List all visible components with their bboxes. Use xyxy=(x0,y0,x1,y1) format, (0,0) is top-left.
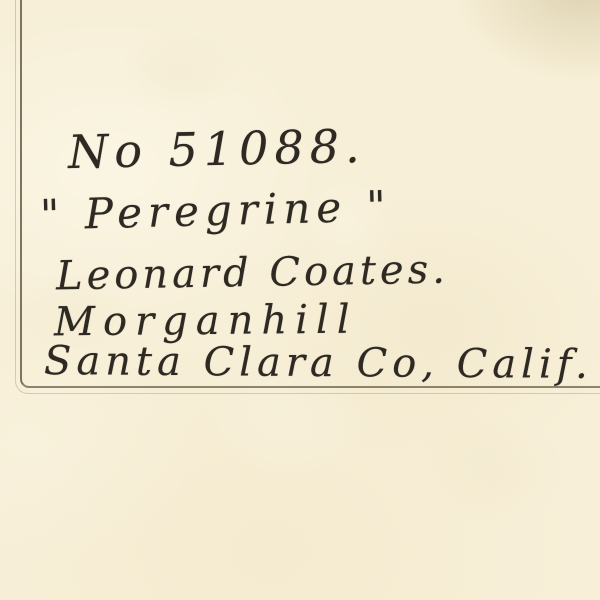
handwriting-county-state: Santa Clara Co, Calif. xyxy=(44,338,593,388)
paper-background: No 51088. " Peregrine " Leonard Coates. … xyxy=(0,0,600,600)
handwritten-label: No 51088. " Peregrine " Leonard Coates. … xyxy=(0,0,600,600)
handwriting-variety-name: " Peregrine " xyxy=(39,181,392,239)
handwriting-record-number: No 51088. xyxy=(67,119,366,179)
handwriting-grower-name: Leonard Coates. xyxy=(56,247,450,300)
